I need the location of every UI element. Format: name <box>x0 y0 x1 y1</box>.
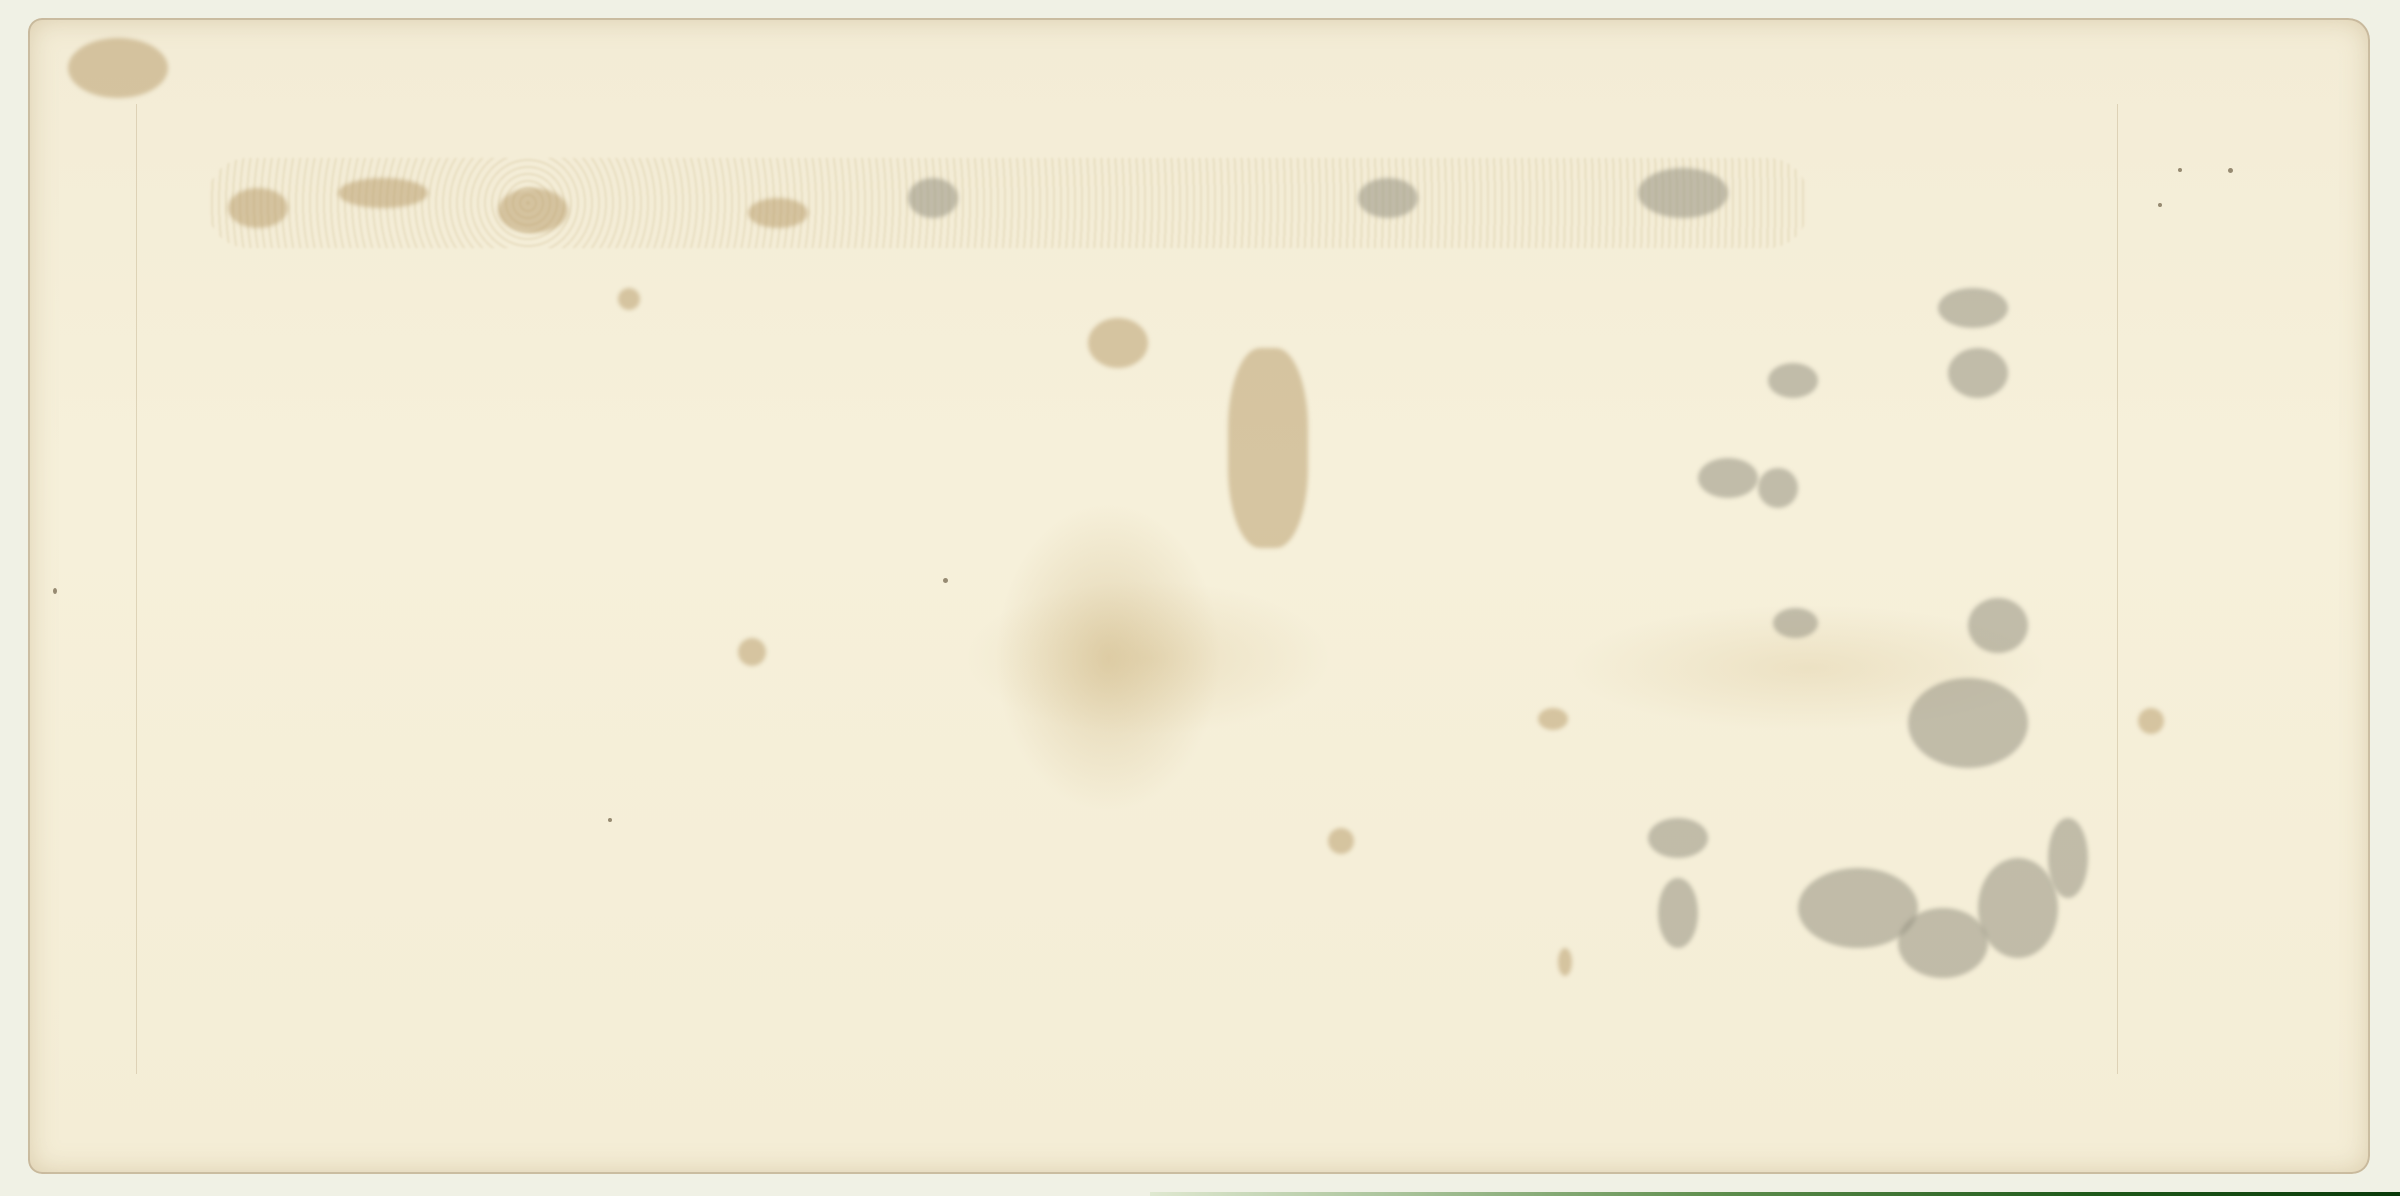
foxing-stain <box>1898 908 1988 978</box>
foxing-spot <box>1558 948 1572 976</box>
foxing-stain <box>338 178 428 208</box>
foxing-spot <box>618 288 640 310</box>
foxing-band-top <box>208 158 1808 248</box>
foxing-stain <box>1773 608 1818 638</box>
foxing-stain <box>228 188 288 228</box>
foxing-stain <box>1968 598 2028 653</box>
foxing-stain <box>748 198 808 228</box>
photo-scene <box>0 0 2400 1196</box>
foxing-stain <box>1648 818 1708 858</box>
foxing-stain <box>1638 168 1728 218</box>
foxing-dot <box>608 818 612 822</box>
aged-card <box>28 18 2370 1174</box>
foxing-stain <box>908 178 958 218</box>
foxing-stain <box>1698 458 1758 498</box>
foxing-stain <box>1088 318 1148 368</box>
foxing-spot <box>1538 708 1568 730</box>
foxing-stain <box>1938 288 2008 328</box>
foxing-stain <box>1228 348 1308 548</box>
foxing-dot <box>943 578 948 583</box>
foxing-dot <box>2228 168 2233 173</box>
foxing-spot <box>1328 828 1354 854</box>
foxing-stain <box>1978 858 2058 958</box>
foxing-stain <box>1358 178 1418 218</box>
foxing-dot <box>53 588 57 594</box>
foxing-stain <box>1948 348 2008 398</box>
foxing-stain <box>498 188 568 233</box>
green-accent-strip <box>1150 1192 2400 1196</box>
foxing-spot <box>2138 708 2164 734</box>
foxing-spot <box>738 638 766 666</box>
foxing-stain <box>1908 678 2028 768</box>
foxing-dot <box>2178 168 2182 172</box>
foxing-spot <box>68 38 168 98</box>
foxing-stain <box>2048 818 2088 898</box>
foxing-stain <box>1758 468 1798 508</box>
foxing-stain <box>1658 878 1698 948</box>
foxing-dot <box>2158 203 2162 207</box>
foxing-stain <box>1768 363 1818 398</box>
